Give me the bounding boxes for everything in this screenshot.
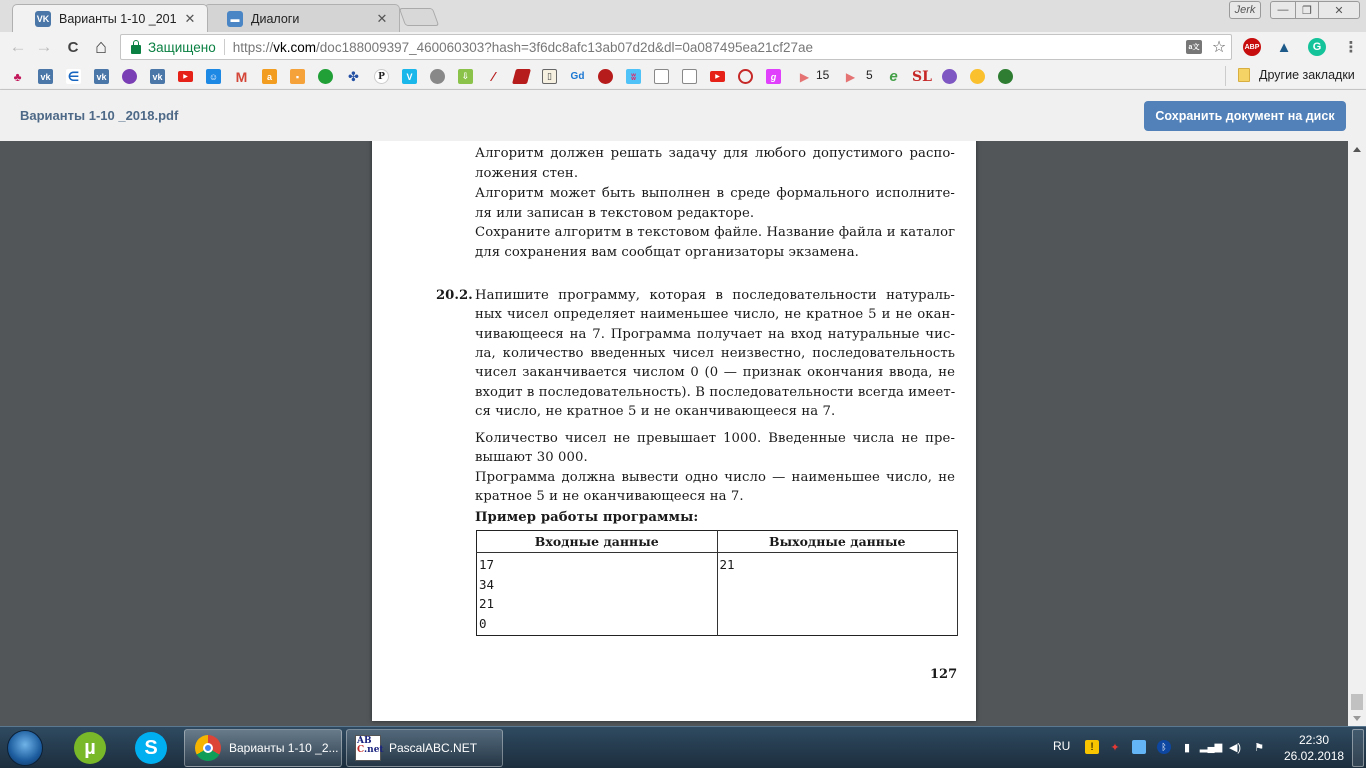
text-line: Программа должна вывести одно число — на… (475, 470, 955, 485)
home-button[interactable]: ⌂ (91, 37, 111, 57)
download-icon[interactable]: ⇩ (458, 69, 473, 84)
back-button[interactable]: ← (8, 37, 28, 57)
document-filename: Варианты 1-10 _2018.pdf (20, 108, 178, 123)
eagle-icon[interactable]: ✤ (346, 69, 361, 84)
network-warning-icon[interactable]: ! (1085, 740, 1099, 754)
pascalabc-icon: ABC.net (355, 735, 381, 761)
gdz-icon[interactable]: Gd (570, 69, 585, 84)
update-icon[interactable] (1132, 740, 1146, 754)
input-cell: 17 34 21 0 (477, 553, 718, 636)
url-path: /doc188009397_460060303?hash=3f6dc8afc13… (316, 40, 813, 55)
gmail-icon[interactable]: M (234, 69, 249, 84)
security-label: Защищено (148, 40, 216, 55)
menu-icon[interactable]: ⋮ (1342, 38, 1360, 56)
page-scrollbar[interactable] (1348, 141, 1366, 726)
green-ball-icon[interactable] (998, 69, 1013, 84)
power-icon[interactable]: ▮ (1180, 740, 1194, 754)
task-number: 20.2. (436, 288, 473, 303)
monster-icon[interactable]: ʬ (626, 69, 641, 84)
tab-title: Диалоги (251, 12, 369, 26)
text-line: ных чисел определяет наименьшее число, н… (475, 307, 955, 322)
apps-icon[interactable]: ▪ (290, 69, 305, 84)
youtube-icon[interactable]: ▶ (710, 71, 725, 82)
task-label: PascalABC.NET (389, 741, 477, 755)
grammarly-icon[interactable]: G (1308, 38, 1326, 56)
scrollbar-thumb[interactable] (1351, 694, 1363, 710)
vk-messages-icon: ▬ (227, 11, 243, 27)
folder-icon (1238, 68, 1250, 82)
emoji-icon[interactable] (970, 69, 985, 84)
tab-strip: VK Варианты 1-10 _2018.pd ✕ ▬ Диалоги ✕ … (0, 0, 1366, 32)
e-icon[interactable]: ∈ (66, 69, 81, 84)
text-line: чивающееся на 7. Программа получает на в… (475, 327, 955, 342)
language-indicator[interactable]: RU (1053, 739, 1070, 753)
output-header: Выходные данные (717, 531, 958, 553)
sl-icon[interactable]: SL (912, 69, 932, 84)
text-line: Количество чисел не превышает 1000. Введ… (475, 431, 955, 446)
text-line: входит в последовательность). В последов… (475, 385, 955, 400)
text-line: для сохранения вам сообщат организаторы … (475, 245, 859, 260)
taskbar-chrome-window[interactable]: Варианты 1-10 _2... (184, 729, 342, 767)
calendly-icon[interactable]: ▲ (1275, 38, 1293, 56)
scroll-down-arrow-icon[interactable] (1353, 716, 1361, 721)
new-tab-button[interactable] (399, 8, 440, 26)
start-button[interactable] (7, 730, 43, 766)
divider (1225, 66, 1226, 86)
clock-date: 26.02.2018 (1284, 748, 1344, 764)
signal-icon[interactable]: ▂▄▆ (1204, 740, 1218, 754)
text-line: ся число, не кратное 5 и не оканчивающее… (475, 404, 835, 419)
file-icon[interactable] (682, 69, 697, 84)
g-icon[interactable]: g (766, 69, 781, 84)
avatar-icon[interactable] (942, 69, 957, 84)
divider (224, 39, 225, 55)
other-bookmarks[interactable]: Другие закладки (1238, 68, 1355, 82)
close-tab-icon[interactable]: ✕ (183, 11, 197, 27)
text-line: чисел заканчивается числом 0 (0 — призна… (475, 365, 955, 380)
ladybug-icon[interactable] (598, 69, 613, 84)
tab-dialogs[interactable]: ▬ Диалоги ✕ (204, 4, 400, 32)
text-line: кратное 5 и не оканчивающееся на 7. (475, 489, 744, 504)
lock-icon (131, 45, 141, 54)
text-line: Алгоритм должен решать задачу для любого… (475, 146, 955, 161)
input-header: Входные данные (477, 531, 718, 553)
pdf-page: Алгоритм должен решать задачу для любого… (372, 141, 976, 721)
skype-icon[interactable]: S (135, 732, 167, 764)
minimize-button[interactable]: — (1270, 1, 1296, 19)
flag-icon[interactable]: ⚑ (1252, 740, 1266, 754)
feather-icon[interactable]: ⁄ (486, 69, 501, 84)
save-to-disk-button[interactable]: Сохранить документ на диск (1144, 101, 1346, 131)
star-icon[interactable]: ☆ (1210, 38, 1228, 56)
other-bookmarks-label: Другие закладки (1259, 68, 1355, 82)
page-number: 127 (930, 667, 957, 682)
example-title: Пример работы программы: (475, 510, 698, 525)
text-line: Алгоритм может быть выполнен в среде фор… (475, 186, 955, 201)
vk-icon: VK (35, 11, 51, 27)
bluetooth-icon[interactable]: ᛒ (1157, 740, 1171, 754)
input-value: 21 (479, 594, 715, 614)
maximize-button[interactable]: ❐ (1295, 1, 1319, 19)
adblock-plus-icon[interactable]: ABP (1243, 38, 1261, 56)
smile-icon[interactable]: ☺ (206, 69, 221, 84)
p-icon[interactable]: P (374, 69, 389, 84)
chrome-icon (195, 735, 221, 761)
vimeo-icon[interactable]: V (402, 69, 417, 84)
youtube-icon[interactable]: ▶ (178, 71, 193, 82)
e-green-icon[interactable]: e (886, 69, 901, 84)
tab-title: Варианты 1-10 _2018.pd (59, 12, 177, 26)
vk-icon[interactable]: vk (94, 69, 109, 84)
input-value: 34 (479, 575, 715, 595)
globe-icon[interactable] (430, 69, 445, 84)
clock-time: 22:30 (1284, 732, 1344, 748)
text-line: Напишите программу, которая в последоват… (475, 288, 955, 303)
text-line: ля или записан в текстовом редакторе. (475, 206, 754, 221)
text-line: ла, количество введенных чисел неизвестн… (475, 346, 955, 361)
show-desktop-button[interactable] (1352, 729, 1364, 767)
folder-arrow-icon[interactable]: ▶ (797, 69, 812, 84)
output-value: 21 (720, 555, 956, 575)
purple-orb-icon[interactable] (122, 69, 137, 84)
tab-pdf-document[interactable]: VK Варианты 1-10 _2018.pd ✕ (12, 4, 208, 32)
task-label: Варианты 1-10 _2... (229, 741, 339, 755)
utorrent-icon[interactable]: µ (74, 732, 106, 764)
sberbank-icon[interactable] (318, 69, 333, 84)
clock[interactable]: 22:30 26.02.2018 (1284, 732, 1344, 764)
pdf-viewer[interactable]: Алгоритм должен решать задачу для любого… (0, 141, 1348, 726)
text-line: ложения стен. (475, 166, 578, 181)
url-scheme: https:// (233, 40, 274, 55)
reload-button[interactable]: C (63, 37, 83, 57)
wheel-icon[interactable] (738, 69, 753, 84)
output-cell: 21 (717, 553, 958, 636)
profile-button[interactable]: Jerk (1229, 1, 1261, 19)
scroll-up-arrow-icon[interactable] (1353, 147, 1361, 152)
forward-button[interactable]: → (34, 37, 54, 57)
taskbar-pascalabc-window[interactable]: ABC.net PascalABC.NET (346, 729, 503, 767)
close-tab-icon[interactable]: ✕ (375, 11, 389, 27)
url-domain: vk.com (273, 40, 316, 55)
folder-arrow-icon[interactable]: ▶ (843, 69, 858, 84)
vk-icon[interactable]: vk (38, 69, 53, 84)
example-io-table: Входные данные Выходные данные 17 34 21 … (476, 530, 958, 636)
bookmark-folder-15[interactable]: 15 (816, 68, 829, 82)
paint-icon[interactable]: ✦ (1108, 740, 1122, 754)
text-line: вышают 30 000. (475, 450, 588, 465)
address-bar[interactable]: Защищено https://vk.com/doc188009397_460… (120, 34, 1232, 60)
cupcake-icon[interactable]: ♣ (10, 69, 25, 84)
close-window-button[interactable]: ✕ (1318, 1, 1360, 19)
document-header: Варианты 1-10 _2018.pdf Сохранить докуме… (0, 90, 1366, 141)
open-book-icon[interactable]: ▯ (542, 69, 557, 84)
input-value: 17 (479, 555, 715, 575)
url-text[interactable]: https://vk.com/doc188009397_460060303?ha… (233, 40, 813, 55)
translate-icon[interactable]: a文 (1186, 40, 1202, 54)
input-value: 0 (479, 614, 715, 634)
bookmark-folder-5[interactable]: 5 (866, 68, 873, 82)
taskbar: µ S Варианты 1-10 _2... ABC.net PascalAB… (0, 726, 1366, 768)
vk-icon[interactable]: vk (150, 69, 165, 84)
file-icon[interactable] (654, 69, 669, 84)
volume-icon[interactable]: ◀) (1228, 740, 1242, 754)
amazon-icon[interactable]: a (262, 69, 277, 84)
text-line: Сохраните алгоритм в текстовом файле. На… (475, 225, 955, 240)
